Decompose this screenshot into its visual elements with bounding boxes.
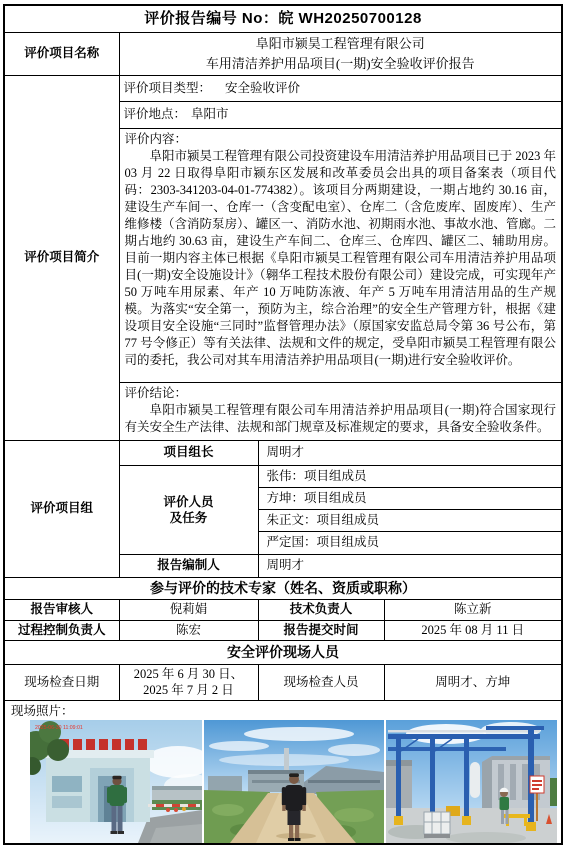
evaluation-type-label: 评价项目类型： — [124, 81, 212, 95]
team-leader-value: 周明才 — [258, 440, 562, 465]
site-photos-cell: 现场照片： — [4, 700, 562, 844]
tech-lead-value: 陈立新 — [384, 599, 562, 620]
evaluation-location-label: 评价地点： — [124, 107, 187, 121]
evaluation-report-table: 评价报告编号 No：皖 WH20250700128 评价项目名称 阜阳市颍昊工程… — [3, 4, 563, 845]
site-photo-gatehouse: 2025-06-30 11:09:01 — [30, 720, 202, 843]
team-member-row: 朱正文：项目组成员 — [258, 509, 562, 531]
report-number-header: 评价报告编号 No：皖 WH20250700128 — [4, 5, 562, 32]
evaluation-content-text: 阜阳市颍昊工程管理有限公司投资建设车用清洁养护用品项目已于 2023 年 03 … — [125, 148, 557, 369]
ibc-tote — [424, 812, 450, 838]
reviewer-value: 倪莉娟 — [119, 599, 258, 620]
tech-lead-label: 技术负责人 — [258, 599, 384, 620]
site-photo-path — [204, 720, 384, 843]
experts-header: 参与评价的技术专家（姓名、资质或职称） — [4, 577, 562, 599]
evaluation-location-row: 评价地点：阜阳市 — [119, 101, 562, 128]
team-members-label: 评价人员 及任务 — [119, 465, 258, 554]
report-author-label: 报告编制人 — [119, 554, 258, 577]
reviewer-label: 报告审核人 — [4, 599, 119, 620]
team-leader-label: 项目组长 — [119, 440, 258, 465]
inspector-value: 周明才、方坤 — [384, 664, 562, 700]
process-control-label: 过程控制负责人 — [4, 620, 119, 640]
team-label: 评价项目组 — [4, 440, 119, 577]
project-name-line1: 阜阳市颍昊工程管理有限公司 — [124, 34, 558, 54]
site-personnel-header: 安全评价现场人员 — [4, 640, 562, 664]
inspector-label: 现场检查人员 — [258, 664, 384, 700]
evaluation-conclusion-label: 评价结论： — [125, 385, 557, 402]
summary-label: 评价项目简介 — [4, 75, 119, 440]
project-name-line2: 车用清洁养护用品项目(一期)安全验收评价报告 — [124, 54, 558, 74]
evaluation-type-row: 评价项目类型：安全验收评价 — [119, 75, 562, 101]
inspection-date-label: 现场检查日期 — [4, 664, 119, 700]
team-member-row: 张伟：项目组成员 — [258, 465, 562, 487]
team-member-row: 方坤：项目组成员 — [258, 487, 562, 509]
process-control-value: 陈宏 — [119, 620, 258, 640]
submit-time-value: 2025 年 08 月 11 日 — [384, 620, 562, 640]
project-name-label: 评价项目名称 — [4, 32, 119, 75]
inspection-date-value: 2025 年 6 月 30 日、2025 年 7 月 2 日 — [119, 664, 258, 700]
evaluation-type-value: 安全验收评价 — [225, 81, 300, 95]
team-member-row: 严定国：项目组成员 — [258, 531, 562, 554]
evaluation-location-value: 阜阳市 — [191, 107, 229, 121]
report-author-value: 周明才 — [258, 554, 562, 577]
evaluation-content-label: 评价内容： — [125, 131, 557, 148]
evaluation-conclusion-cell: 评价结论： 阜阳市颍昊工程管理有限公司车用清洁养护用品项目(一期)符合国家现行有… — [119, 382, 562, 440]
site-photo-plant — [386, 720, 557, 843]
evaluation-conclusion-text: 阜阳市颍昊工程管理有限公司车用清洁养护用品项目(一期)符合国家现行有关安全生产法… — [125, 402, 557, 436]
evaluation-content-cell: 评价内容： 阜阳市颍昊工程管理有限公司投资建设车用清洁养护用品项目已于 2023… — [119, 128, 562, 382]
project-name-value: 阜阳市颍昊工程管理有限公司 车用清洁养护用品项目(一期)安全验收评价报告 — [119, 32, 562, 75]
site-photo-strip: 2025-06-30 11:09:01 — [30, 720, 561, 843]
photo-timestamp: 2025-06-30 11:09:01 — [35, 725, 83, 731]
site-photos-label: 现场照片： — [5, 701, 561, 718]
submit-time-label: 报告提交时间 — [258, 620, 384, 640]
